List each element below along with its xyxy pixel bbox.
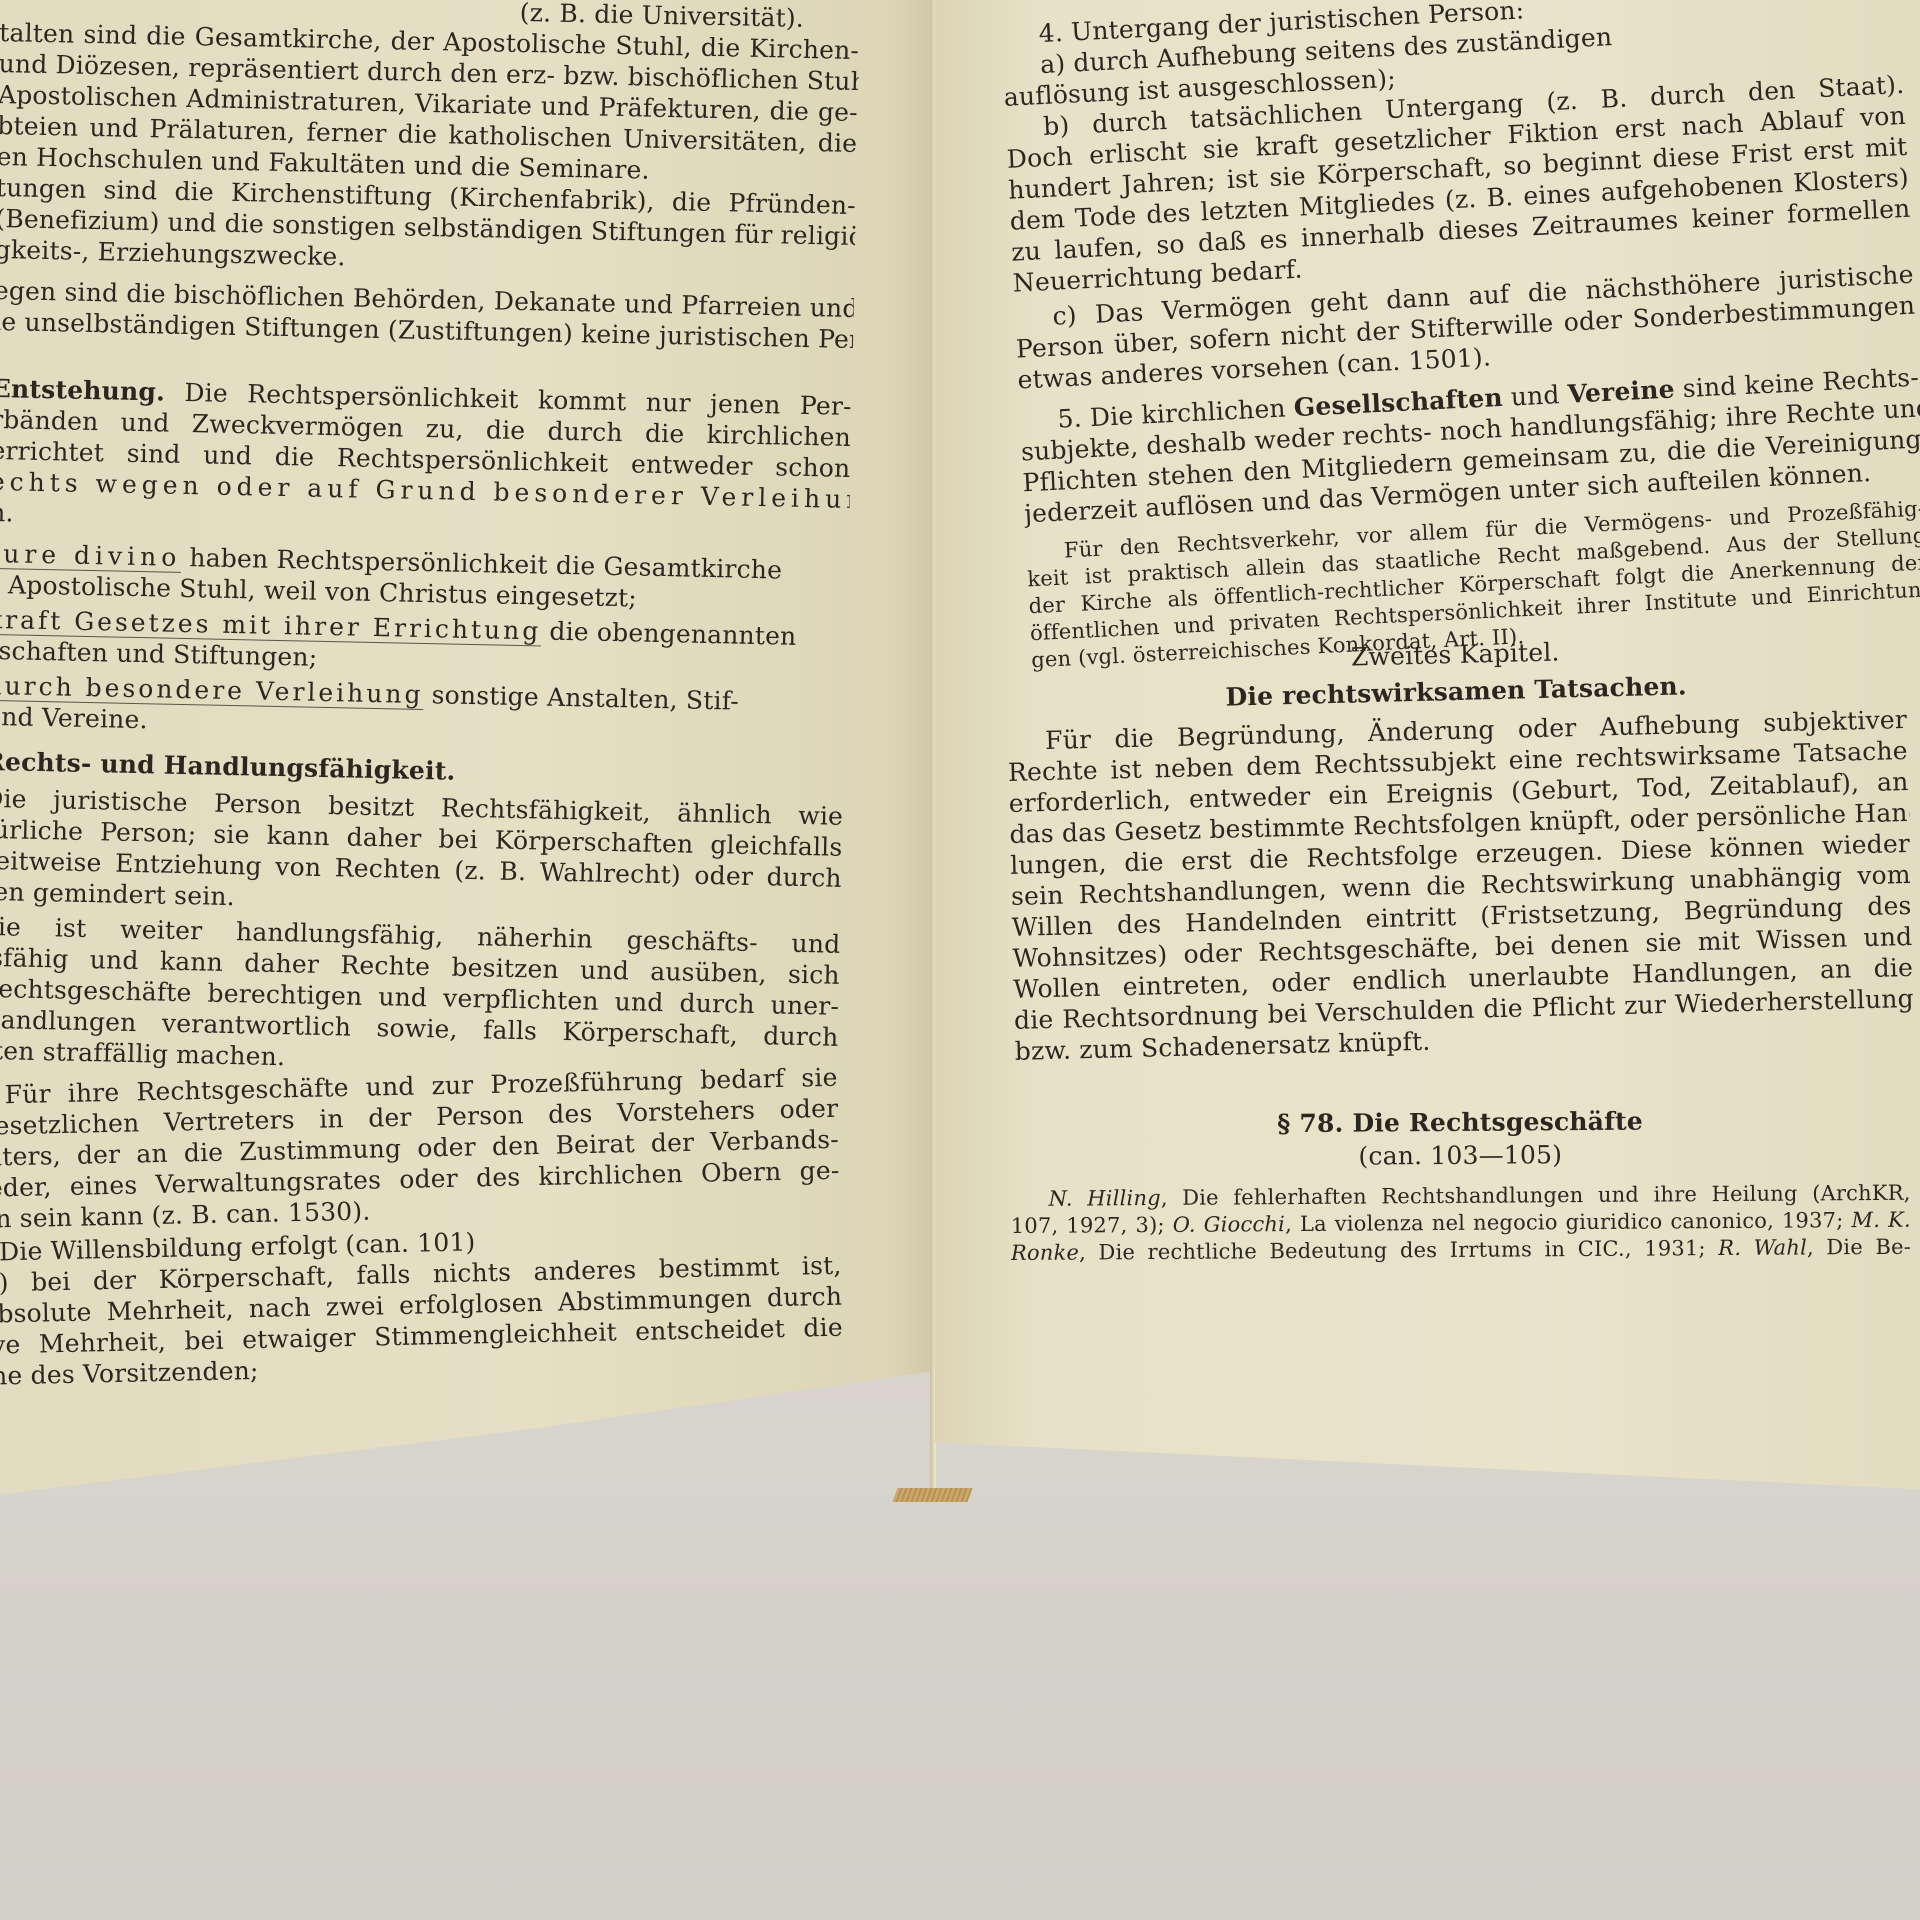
author-name: N. Hilling	[1049, 1186, 1161, 1211]
page-edges	[892, 1488, 972, 1502]
paragraph-behoerden: egen sind die bischöflichen Behörden, De…	[0, 275, 854, 355]
photo-scene: (z. B. die Universität). talten sind die…	[0, 0, 1920, 1920]
author-name: R. Wahl	[1718, 1235, 1807, 1260]
emphasis-text: Iure divino	[0, 539, 182, 572]
right-page: 4. Untergang der juristischen Person: a)…	[935, 0, 1920, 1580]
text-span: und	[1502, 380, 1568, 412]
paragraph-stiftungen: tungen sind die Kirchenstiftung (Kirchen…	[0, 172, 856, 283]
right-page-section: § 78. Die Rechtsgeschäfte (can. 103—105)…	[1010, 1104, 1911, 1267]
text-span: , Die rechtliche Bedeutung des Irrtums i…	[1079, 1236, 1718, 1264]
paragraph-anstalten: talten sind die Gesamtkirche, der Aposto…	[0, 17, 859, 190]
text-span: , La violenza nel negocio giuridico cano…	[1285, 1208, 1852, 1236]
section-canons: (can. 103—105)	[1010, 1137, 1910, 1174]
author-name: O. Giocchi	[1173, 1212, 1286, 1237]
section-title: § 78. Die Rechtsgeschäfte	[1010, 1104, 1910, 1141]
right-page-chapter: Zweites Kapitel. Die rechtswirksamen Tat…	[1005, 628, 1915, 1067]
right-page-upper-text: 4. Untergang der juristischen Person: a)…	[1000, 0, 1920, 674]
left-page: (z. B. die Universität). talten sind die…	[0, 0, 940, 1600]
chapter-body: Für die Begründung, Änderung oder Aufheb…	[1007, 704, 1915, 1067]
text-span: , Die Be-	[1807, 1235, 1911, 1260]
text-span: die obengenannten	[541, 616, 797, 650]
text-span: sonstige Anstalten, Stif-	[423, 680, 739, 716]
entstehung-heading: Entstehung.	[0, 374, 165, 407]
bibliography: N. Hilling, Die fehlerhaften Rechtshandl…	[1011, 1180, 1912, 1267]
text-span: , Die fehlerhaften Rechtshandlungen und …	[1161, 1181, 1911, 1210]
bibliography-line: Ronke, Die rechtliche Bedeutung des Irrt…	[1011, 1234, 1911, 1267]
author-name: M. K.	[1851, 1208, 1911, 1232]
section-entstehung: Entstehung. Die Rechtspersönlichkeit kom…	[0, 373, 852, 750]
left-page-text: (z. B. die Universität). talten sind die…	[0, 0, 860, 1410]
paragraph-vertreter: ) Für ihre Rechtsgeschäfte und zur Proze…	[0, 1062, 844, 1392]
section-faehigkeit: Rechts- und Handlungsfähigkeit. Die juri…	[0, 746, 844, 1410]
author-name: Ronke	[1011, 1241, 1079, 1265]
bold-term: Vereine	[1567, 375, 1675, 409]
text-span: 107, 1927, 3);	[1011, 1213, 1173, 1238]
